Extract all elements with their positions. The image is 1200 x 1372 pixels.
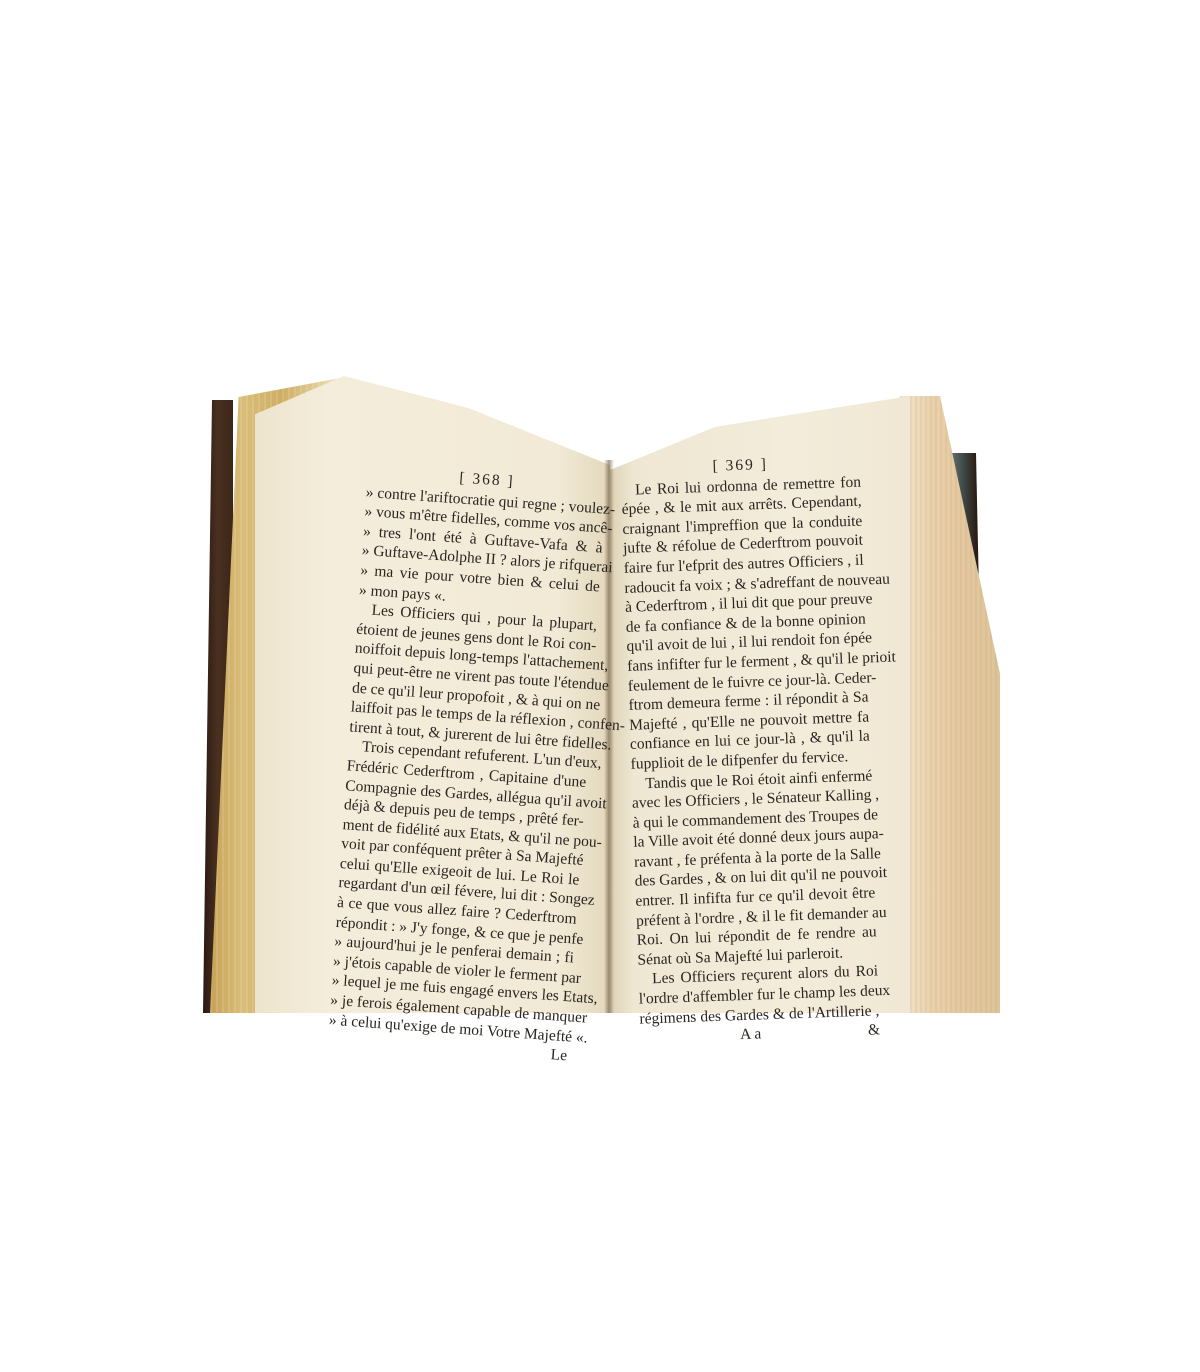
catchword-right: & — [868, 1020, 881, 1040]
left-page-text: [ 368 ] » contre l'ariftocratie qui regn… — [327, 462, 607, 1066]
signature-mark: A a — [740, 1025, 762, 1045]
right-page-block-edge — [900, 396, 1000, 1013]
right-page-text: [ 369 ] Le Roi lui ordonna de remettre f… — [620, 452, 880, 1049]
book-photo: [ 368 ] » contre l'ariftocratie qui regn… — [0, 0, 1200, 1372]
